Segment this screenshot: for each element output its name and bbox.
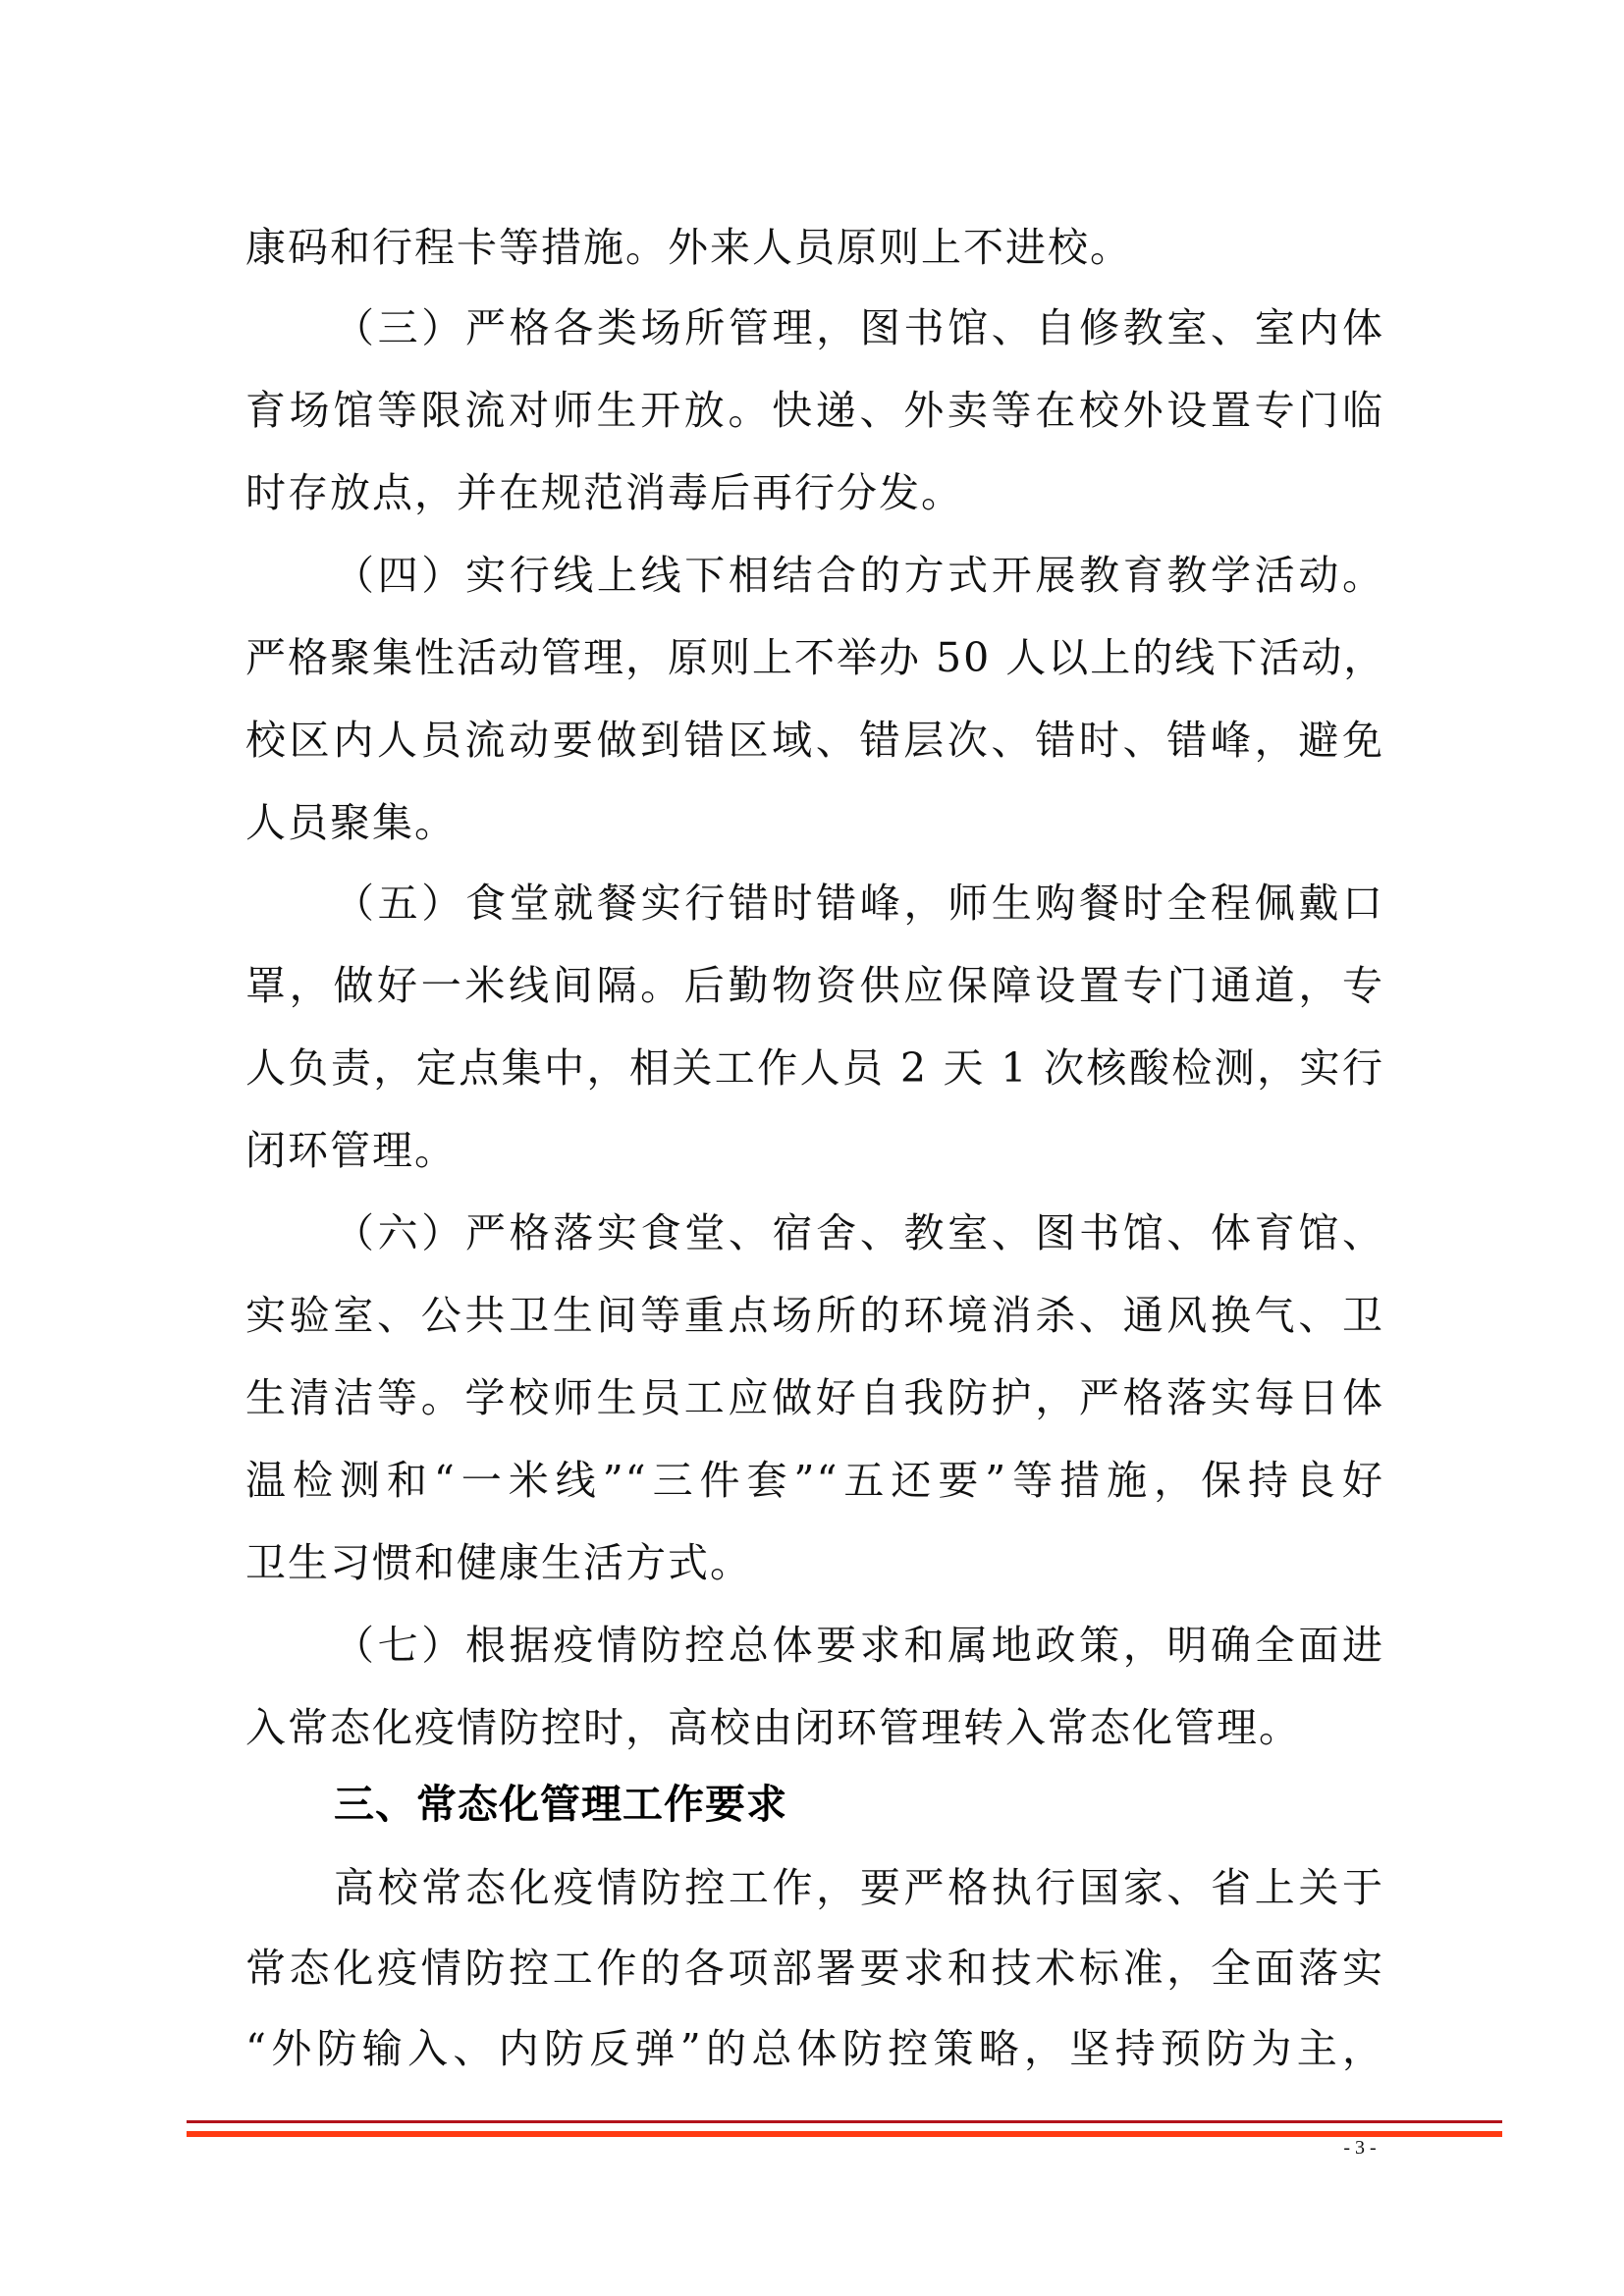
paragraph-5-start: （五）食堂就餐实行错时错峰，师生购餐时全程佩戴口 [334, 874, 1384, 933]
footer-rule-thin [187, 2120, 1502, 2123]
text-line: 闭环管理。 [245, 1121, 1384, 1180]
footer-rule-thick [187, 2131, 1502, 2137]
document-page: 康码和行程卡等措施。外来人员原则上不进校。 （三）严格各类场所管理，图书馆、自修… [0, 0, 1624, 2296]
page-number: - 3 - [1335, 2136, 1384, 2160]
text-line: 康码和行程卡等措施。外来人员原则上不进校。 [245, 218, 1384, 277]
text-line: 温检测和“一米线”“三件套”“五还要”等措施，保持良好 [245, 1451, 1384, 1510]
text-line: 时存放点，并在规范消毒后再行分发。 [245, 463, 1384, 522]
paragraph-6-start: （六）严格落实食堂、宿舍、教室、图书馆、体育馆、 [334, 1203, 1384, 1262]
text-line: 实验室、公共卫生间等重点场所的环境消杀、通风换气、卫 [245, 1286, 1384, 1345]
text-line: 育场馆等限流对师生开放。快递、外卖等在校外设置专门临 [245, 381, 1384, 440]
text-line: 入常态化疫情防控时，高校由闭环管理转入常态化管理。 [245, 1698, 1384, 1757]
text-line: 卫生习惯和健康生活方式。 [245, 1533, 1384, 1592]
text-line: 校区内人员流动要做到错区域、错层次、错时、错峰，避免 [245, 711, 1384, 770]
text-line: 严格聚集性活动管理，原则上不举办 50 人以上的线下活动， [245, 628, 1384, 687]
text-line: 人员聚集。 [245, 793, 1384, 852]
paragraph-4-start: （四）实行线上线下相结合的方式开展教育教学活动。 [334, 546, 1384, 605]
text-line: 人负责，定点集中，相关工作人员 2 天 1 次核酸检测，实行 [245, 1039, 1384, 1097]
text-line: 罩，做好一米线间隔。后勤物资供应保障设置专门通道，专 [245, 956, 1384, 1015]
paragraph-7-start: （七）根据疫情防控总体要求和属地政策，明确全面进 [334, 1616, 1384, 1675]
section-heading: 三、常态化管理工作要求 [334, 1775, 787, 1834]
paragraph-section3-start: 高校常态化疫情防控工作，要严格执行国家、省上关于 [334, 1858, 1384, 1917]
text-line: 生清洁等。学校师生员工应做好自我防护，严格落实每日体 [245, 1368, 1384, 1427]
paragraph-3-start: （三）严格各类场所管理，图书馆、自修教室、室内体 [334, 298, 1384, 357]
text-line: 常态化疫情防控工作的各项部署要求和技术标准，全面落实 [245, 1939, 1384, 1998]
text-line: “外防输入、内防反弹”的总体防控策略，坚持预防为主， [245, 2019, 1384, 2078]
